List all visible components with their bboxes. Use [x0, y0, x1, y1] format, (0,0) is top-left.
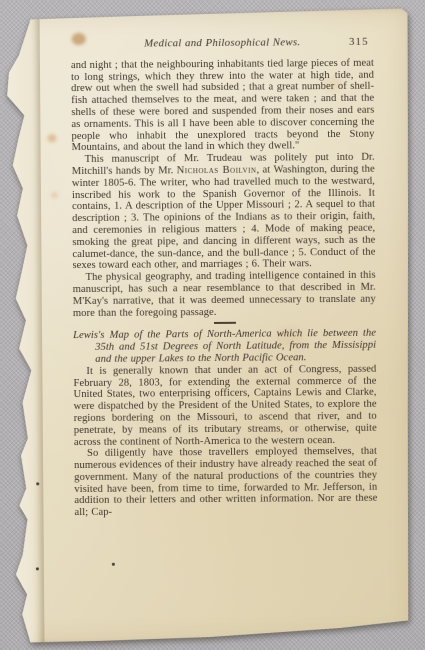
- page-content: Medical and Philosophical News. 315 and …: [71, 37, 378, 519]
- sewing-slit: [8, 107, 18, 110]
- photographed-book-page-scene: Medical and Philosophical News. 315 and …: [0, 0, 425, 650]
- paragraph-manuscript: This manuscript of Mr. Trudeau was polit…: [72, 152, 376, 272]
- book-page-wrap: Medical and Philosophical News. 315 and …: [6, 8, 415, 643]
- section-divider: [213, 322, 235, 324]
- person-name: Nicholas Boilvin: [177, 165, 257, 177]
- foxing-spot: [51, 192, 58, 198]
- ink-speck: [36, 567, 39, 570]
- paragraph-travellers: So diligently have those travellers empl…: [74, 446, 378, 519]
- torn-binding-edge: [6, 11, 45, 643]
- running-header: Medical and Philosophical News. 315: [71, 37, 374, 51]
- paragraph-geography: The physical geography, and trading inte…: [73, 270, 376, 320]
- ink-speck: [112, 563, 115, 566]
- book-page: Medical and Philosophical News. 315 and …: [6, 8, 415, 643]
- sewing-slit: [9, 193, 18, 196]
- section-heading: Lewis's Map of the Parts of North-Americ…: [73, 328, 376, 366]
- paragraph-continuation: and night ; that the neighbouring inhabi…: [71, 58, 375, 155]
- page-number: 315: [349, 37, 369, 49]
- paragraph-congress: It is generally known that under an act …: [73, 363, 377, 448]
- foxing-spot: [47, 134, 56, 142]
- ink-speck: [36, 482, 39, 485]
- paragraph-text: , at Washington, during the winter 1805-…: [72, 164, 376, 272]
- journal-title: Medical and Philosophical News.: [144, 36, 300, 49]
